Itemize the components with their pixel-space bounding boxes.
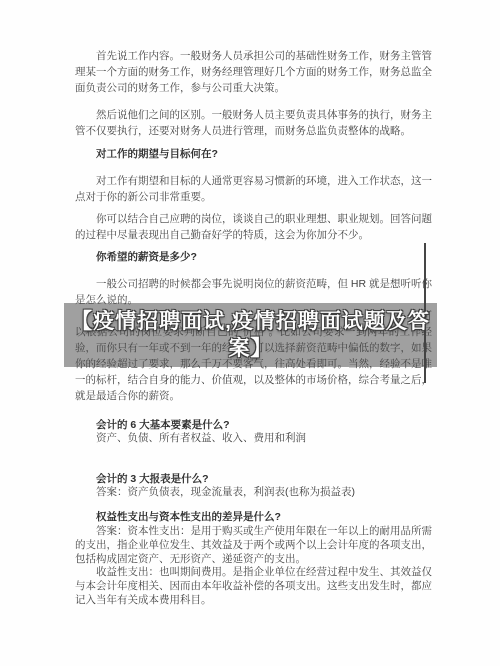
answer-six-elements: 资产、负债、所有者权益、收入、费用和利润: [75, 430, 432, 446]
paragraph-expectations-2: 你可以结合自己应聘的岗位，谈谈自己的职业理想、职业规划。回答问题的过程中尽量表现…: [75, 211, 432, 243]
question-heading-expenditure-difference: 权益性支出与资本性支出的差异是什么?: [75, 511, 432, 525]
paragraph-expectations-1: 对工作有期望和目标的人通常更容易习惯新的环境，进入工作状态，这一点对于你的新公司…: [75, 173, 432, 205]
paragraph-role-differences: 然后说他们之间的区别。一般财务人员主要负责具体事务的执行，财务主管不仅要执行，还…: [75, 107, 432, 139]
watermark-text-line1: 【疫情招聘面试,疫情招聘面试题及答: [71, 308, 430, 335]
watermark-overlay: 【疫情招聘面试,疫情招聘面试题及答 案】: [64, 303, 437, 367]
answer-capital-expenditure: 答案：资本性支出：是用于购买或生产使用年限在一年以上的耐用品所需的支出，指企业单…: [75, 525, 432, 566]
answer-revenue-expenditure: 收益性支出：也叫期间费用。是指企业单位在经营过程中发生、其效益仅与本会计年度相关…: [75, 566, 432, 607]
document-page: 首先说工作内容。一般财务人员承担公司的基础性财务工作，财务主管管理某一个方面的财…: [0, 0, 500, 666]
answer-three-statements: 答案：资产负债表，现金流量表，利润表(也称为损益表): [75, 484, 432, 500]
question-heading-expectations: 对工作的期望与目标何在?: [75, 146, 432, 162]
watermark-text-line2: 案】: [229, 335, 273, 362]
question-heading-salary: 你希望的薪资是多少?: [75, 249, 432, 265]
paragraph-job-content: 首先说工作内容。一般财务人员承担公司的基础性财务工作，财务主管管理某一个方面的财…: [75, 48, 432, 96]
